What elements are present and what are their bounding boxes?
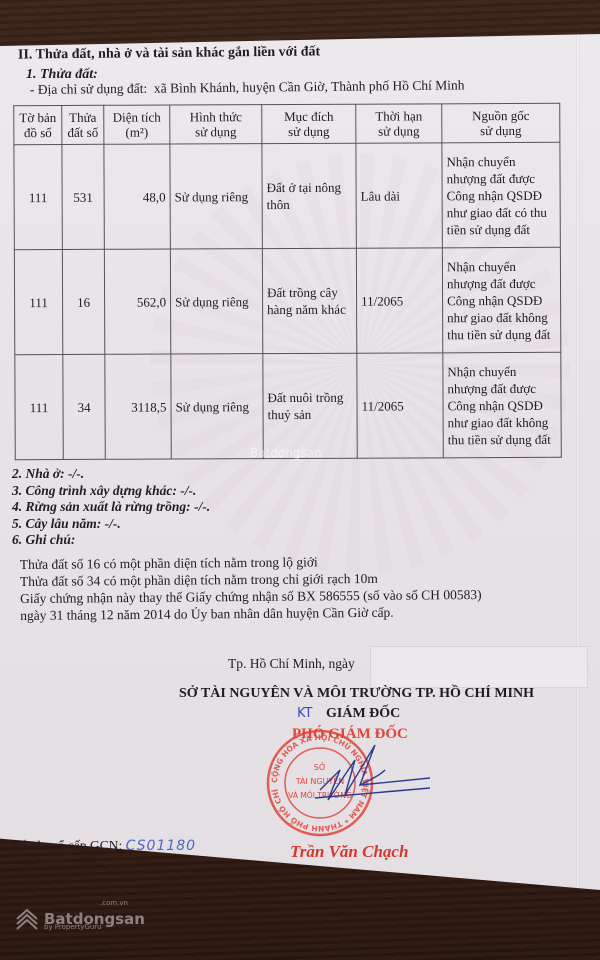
cell-term: 11/2065 — [357, 353, 443, 458]
cell-term: 11/2065 — [356, 248, 442, 353]
table-header-row: Tờ bảnđồ số Thửađất số Diện tích(m²) Hìn… — [14, 103, 560, 144]
cell-term: Lâu dài — [356, 143, 442, 248]
section-title: II. Thửa đất, nhà ở và tài sản khác gắn … — [18, 44, 320, 63]
parcel-table: Tờ bảnđồ số Thửađất số Diện tích(m²) Hìn… — [13, 103, 562, 460]
gcn-value: CS01180 — [126, 838, 196, 854]
batdongsan-logo-icon — [14, 906, 40, 932]
table-row: 111 16 562,0 Sử dụng riêng Đất trồng cây… — [14, 247, 560, 354]
asset-items-list: 2. Nhà ở: -/-. 3. Công trình xây dựng kh… — [12, 466, 210, 549]
item-planted-forest: 4. Rừng sản xuất là rừng trồng: -/-. — [12, 499, 210, 516]
address-value: xã Bình Khánh, huyện Cần Giờ, Thành phố … — [154, 77, 465, 95]
header-parcel-number: Thửađất số — [62, 105, 104, 144]
cell-area: 3118,5 — [105, 354, 171, 459]
cell-purpose: Đất nuôi trồng thuỷ sản — [263, 353, 357, 458]
note-line: ngày 31 tháng 12 năm 2014 do Ủy ban nhân… — [20, 603, 482, 624]
item-perennial-trees: 5. Cây lâu năm: -/-. — [12, 516, 210, 533]
cell-origin: Nhận chuyển nhượng đất được Công nhận QS… — [443, 352, 561, 458]
cell-form: Sử dụng riêng — [170, 249, 262, 354]
redacted-date-box — [370, 646, 588, 688]
item-other-construction: 3. Công trình xây dựng khác: -/-. — [12, 483, 210, 500]
notes-block: Thửa đất số 16 có một phần diện tích nằm… — [20, 552, 482, 624]
table-row: 111 34 3118,5 Sử dụng riêng Đất nuôi trồ… — [15, 352, 561, 459]
watermark-center: Batdongsan — [250, 446, 322, 460]
land-address: - Địa chỉ sử dụng đất: xã Bình Khánh, hu… — [30, 77, 465, 98]
director-title: GIÁM ĐỐC — [326, 706, 400, 722]
issuing-office: SỞ TÀI NGUYÊN VÀ MÔI TRƯỜNG TP. HỒ CHÍ M… — [179, 686, 534, 702]
cell-form: Sử dụng riêng — [170, 144, 262, 249]
item-notes-heading: 6. Ghi chú: — [12, 532, 210, 549]
document-content: II. Thửa đất, nhà ở và tài sản khác gắn … — [0, 0, 600, 960]
cell-map-sheet: 111 — [14, 249, 62, 354]
cell-form: Sử dụng riêng — [171, 354, 263, 459]
kt-handwritten-mark: KT — [297, 706, 312, 721]
header-map-sheet: Tờ bảnđồ số — [14, 105, 62, 144]
cell-parcel: 34 — [63, 354, 105, 459]
header-usage-term: Thời hạnsử dụng — [356, 104, 442, 143]
cell-map-sheet: 111 — [15, 354, 63, 459]
item-house: 2. Nhà ở: -/-. — [12, 466, 210, 483]
cell-origin: Nhận chuyển nhượng đất được Công nhận QS… — [442, 247, 560, 353]
table-row: 111 531 48,0 Sử dụng riêng Đất ở tại nôn… — [14, 142, 560, 249]
cell-origin: Nhận chuyển nhượng đất được Công nhận QS… — [442, 142, 560, 248]
header-usage-purpose: Mục đíchsử dụng — [262, 104, 356, 143]
watermark-tld: .com.vn — [100, 899, 128, 907]
header-usage-form: Hình thứcsử dụng — [170, 105, 262, 144]
cell-area: 562,0 — [104, 249, 170, 354]
signer-name: Trần Văn Chạch — [290, 842, 408, 862]
gcn-label: Số vào sổ cấp GCN: — [12, 838, 122, 853]
watermark-by: by PropertyGuru — [44, 923, 102, 931]
signature-icon — [300, 740, 430, 840]
cell-purpose: Đất trồng cây hàng năm khác — [262, 248, 356, 353]
certificate-registry-number: Số vào sổ cấp GCN: CS01180 — [12, 838, 196, 854]
cell-purpose: Đất ở tại nông thôn — [262, 143, 356, 248]
header-area: Diện tích(m²) — [104, 105, 170, 144]
cell-parcel: 16 — [62, 249, 104, 354]
cell-map-sheet: 111 — [14, 144, 62, 249]
batdongsan-watermark: Batdongsan .com.vn by PropertyGuru — [14, 906, 145, 932]
header-usage-origin: Nguồn gốcsử dụng — [442, 103, 560, 143]
cell-area: 48,0 — [104, 144, 170, 249]
cell-parcel: 531 — [62, 144, 104, 249]
signing-date-prefix: Tp. Hồ Chí Minh, ngày — [228, 656, 355, 672]
address-label: - Địa chỉ sử dụng đất: — [30, 81, 147, 97]
